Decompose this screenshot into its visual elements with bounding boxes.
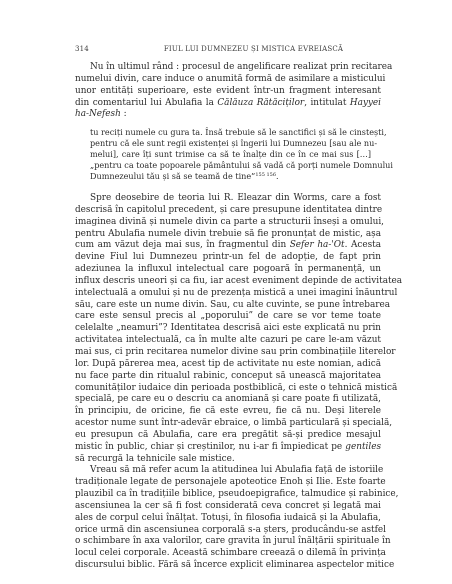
text-line: pentru că ele sunt regii existenței și î…	[90, 138, 371, 149]
text-run: .	[276, 171, 279, 181]
text-run: eu presupun că Abulafia, care era pregăt…	[75, 430, 381, 440]
text-run: din comentariul lui Abulafia la	[75, 98, 217, 108]
text-line: „pentru ca toate popoarele pământului să…	[90, 160, 371, 171]
text-line: său, care este un nume divin. Sau, cu al…	[75, 300, 381, 312]
text-run: specială, pe care eu o descriu ca anomia…	[75, 394, 381, 404]
text-run: Vreau să mă refer acum la atitudinea lui…	[90, 465, 383, 475]
text-line: cum am văzut deja mai sus, în fragmentul…	[75, 240, 381, 252]
text-run: tu reciți numele cu gura ta. Însă trebui…	[90, 127, 387, 137]
text-line: tu reciți numele cu gura ta. Însă trebui…	[90, 127, 371, 138]
book-page: 314 FIUL LUI DUMNEZEU ȘI MISTICA EVREIAS…	[0, 0, 452, 584]
text-line: nu face parte din ritualul rabinic, conc…	[75, 371, 381, 383]
text-run: . Acesta	[345, 240, 381, 250]
text-run: orice urmă din ascensiunea corporală s-a…	[75, 525, 386, 535]
text-line: să recurgă la tehnicile sale mistice.	[75, 454, 381, 466]
text-run: lor. După părerea mea, acest tip de acti…	[75, 359, 381, 369]
text-line: influx descris uneori și ca fiu, iar ace…	[75, 276, 381, 288]
text-run: cum am văzut deja mai sus, în fragmentul…	[75, 240, 290, 250]
text-line: imaginea divină și numele divin ca parte…	[75, 217, 381, 229]
text-run: :	[121, 109, 127, 119]
text-line: lor. După părerea mea, acest tip de acti…	[75, 359, 381, 371]
footnote-ref: 155 156	[255, 172, 276, 178]
page-number: 314	[75, 45, 89, 53]
text-run: „pentru ca toate popoarele pământului să…	[90, 160, 393, 170]
text-line: numelui divin, care induce o anumită for…	[75, 74, 381, 86]
text-line: orice urmă din ascensiunea corporală s-a…	[75, 525, 381, 537]
text-run: celelalte „neamuri”? Identitatea descris…	[75, 323, 381, 333]
italic-title: gentiles	[345, 442, 381, 452]
text-line: devine Fiul lui Dumnezeu printr-un fel d…	[75, 252, 381, 264]
text-run: să recurgă la tehnicile sale mistice.	[75, 454, 235, 464]
text-line: descrisă în capitolul precedent, și care…	[75, 205, 381, 217]
text-run: pentru Abulafia numele divin trebuie să …	[75, 229, 381, 239]
text-line: pentru Abulafia numele divin trebuie să …	[75, 229, 381, 241]
text-line: comunităților iudaice din perioada postb…	[75, 383, 381, 395]
text-run: Spre deosebire de teoria lui R. Eleazar …	[90, 193, 381, 203]
text-run: influx descris uneori și ca fiu, iar ace…	[75, 276, 402, 286]
italic-title: Călăuza Rătăciților	[217, 98, 304, 108]
running-header: 314 FIUL LUI DUMNEZEU ȘI MISTICA EVREIAS…	[75, 45, 380, 57]
running-title: FIUL LUI DUMNEZEU ȘI MISTICA EVREIASCĂ	[127, 45, 380, 53]
text-run: care este sensul precis al „poporului” d…	[75, 311, 381, 321]
text-line: din comentariul lui Abulafia la Călăuza …	[75, 98, 381, 110]
text-run: Dumnezeului tău și să se teamă de tine”	[90, 171, 255, 181]
italic-title: Sefer ha-'Ot	[290, 240, 345, 250]
text-run: comunităților iudaice din perioada postb…	[75, 383, 397, 393]
text-line: ales de corpul celui înălțat. Totuși, în…	[75, 513, 381, 525]
text-run: adeziunea la influxul intelectual care p…	[75, 264, 381, 274]
text-line: care este sensul precis al „poporului” d…	[75, 311, 381, 323]
text-run: unor entități superioare, este evident î…	[75, 86, 381, 96]
text-line: celelalte „neamuri”? Identitatea descris…	[75, 323, 381, 335]
text-line: unor entități superioare, este evident î…	[75, 86, 381, 98]
text-line: în principiu, de oricine, fie că este ev…	[75, 406, 381, 418]
text-run: în principiu, de oricine, fie că este ev…	[75, 406, 381, 416]
text-run: său, care este un nume divin. Sau, cu al…	[75, 300, 390, 310]
text-line: eu presupun că Abulafia, care era pregăt…	[75, 430, 381, 442]
text-run: ales de corpul celui înălțat. Totuși, în…	[75, 513, 381, 523]
text-line: melui], care îți sunt trimise ca să te î…	[90, 149, 371, 160]
text-line: adeziunea la influxul intelectual care p…	[75, 264, 381, 276]
text-run: melui], care îți sunt trimise ca să te î…	[90, 149, 371, 159]
text-run: numelui divin, care induce o anumită for…	[75, 74, 385, 84]
italic-title: Hayyei	[350, 98, 381, 108]
text-run: devine Fiul lui Dumnezeu printr-un fel d…	[75, 252, 381, 262]
text-run: mai sus, ci prin recitarea numelor divin…	[75, 347, 396, 357]
text-line: locul celei corporale. Această schimbare…	[75, 548, 381, 560]
text-line: Vreau să mă refer acum la atitudinea lui…	[75, 465, 381, 477]
text-line: mai sus, ci prin recitarea numelor divin…	[75, 347, 381, 359]
text-line: tradiționale legate de personajele apote…	[75, 477, 381, 489]
text-line: mistic în public, chiar și creștinilor, …	[75, 442, 381, 454]
text-line: o schimbare în axa valorilor, care gravi…	[75, 536, 381, 548]
paragraph-1: Nu în ultimul rând : procesul de angelif…	[75, 62, 381, 121]
text-run: locul celei corporale. Această schimbare…	[75, 548, 386, 558]
text-run: nu face parte din ritualul rabinic, conc…	[75, 371, 381, 381]
text-run: imaginea divină și numele divin ca parte…	[75, 217, 384, 227]
text-run: discursului biblic. Fără să încerce expl…	[75, 560, 394, 570]
italic-title: ha-Nefesh	[75, 109, 121, 119]
text-run: pentru că ele sunt regii existenței și î…	[90, 138, 377, 148]
block-quote: tu reciți numele cu gura ta. Însă trebui…	[90, 127, 371, 182]
text-run: tradiționale legate de personajele apote…	[75, 477, 386, 487]
paragraphs-2-3: Spre deosebire de teoria lui R. Eleazar …	[75, 193, 381, 572]
text-run: ascensiunea la cer să fi fost considerat…	[75, 501, 381, 511]
text-line: discursului biblic. Fără să încerce expl…	[75, 560, 381, 572]
text-run: acestor nume sunt într-adevăr ebraice, o…	[75, 418, 392, 428]
text-line: intelectuală a omului și nu de prezența …	[75, 288, 381, 300]
text-run: mistic în public, chiar și creștinilor, …	[75, 442, 345, 452]
text-run: o schimbare în axa valorilor, care gravi…	[75, 536, 391, 546]
text-run: intelectuală a omului și nu de prezența …	[75, 288, 397, 298]
text-line: Spre deosebire de teoria lui R. Eleazar …	[75, 193, 381, 205]
text-line: Dumnezeului tău și să se teamă de tine”1…	[90, 171, 371, 182]
text-line: ascensiunea la cer să fi fost considerat…	[75, 501, 381, 513]
text-run: , intitulat	[304, 98, 350, 108]
text-run: plauzibil ca în tradițiile biblice, pseu…	[75, 489, 398, 499]
text-line: plauzibil ca în tradițiile biblice, pseu…	[75, 489, 381, 501]
text-run: Nu în ultimul rând : procesul de angelif…	[90, 62, 392, 72]
text-run: activitatea intelectuală, ca în multe al…	[75, 335, 381, 345]
text-line: ha-Nefesh :	[75, 109, 381, 121]
text-line: activitatea intelectuală, ca în multe al…	[75, 335, 381, 347]
text-line: Nu în ultimul rând : procesul de angelif…	[75, 62, 381, 74]
text-line: specială, pe care eu o descriu ca anomia…	[75, 394, 381, 406]
text-run: descrisă în capitolul precedent, și care…	[75, 205, 382, 215]
text-line: acestor nume sunt într-adevăr ebraice, o…	[75, 418, 381, 430]
